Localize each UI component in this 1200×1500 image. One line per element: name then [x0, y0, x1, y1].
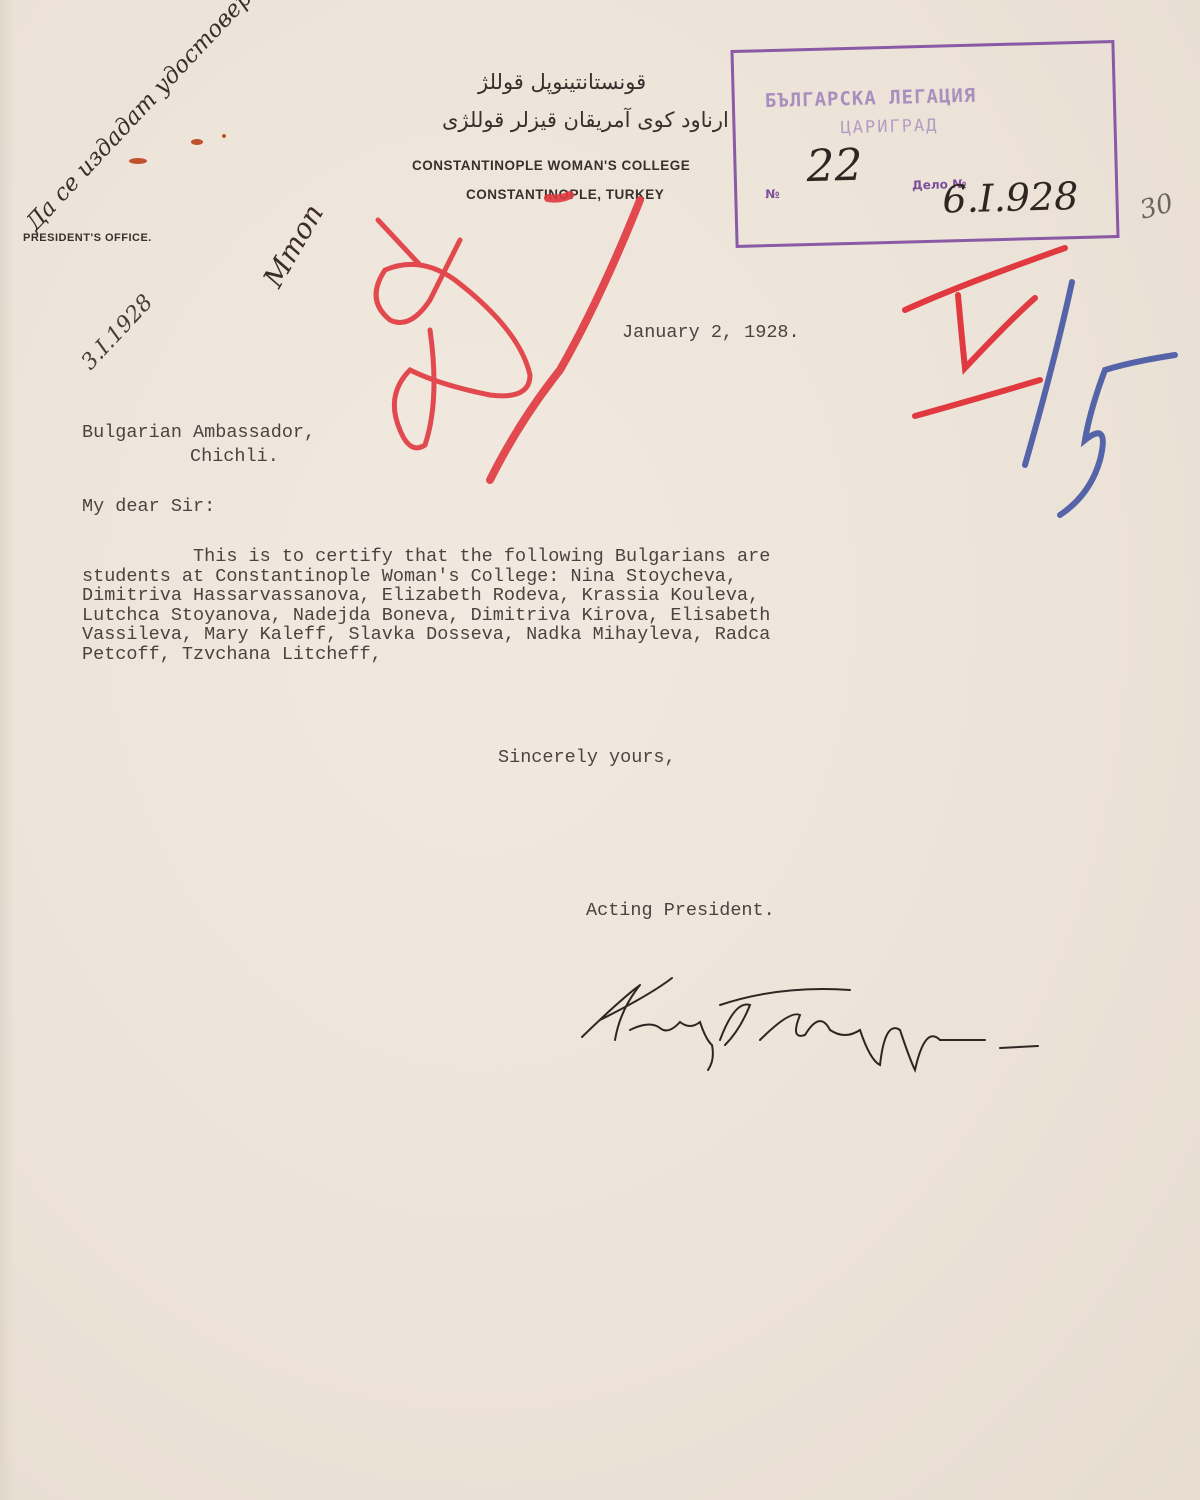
closing: Sincerely yours, [498, 748, 676, 768]
recipient-line1: Bulgarian Ambassador, [82, 423, 315, 443]
red-number-27-mark [376, 195, 640, 480]
body-line: Lutchca Stoyanova, Nadejda Boneva, Dimit… [82, 606, 770, 626]
red-roman-numeral-v [905, 248, 1065, 416]
body-line: students at Constantinople Woman's Colle… [82, 567, 770, 587]
letter-date: January 2, 1928. [622, 323, 800, 343]
salutation: My dear Sir: [82, 497, 215, 517]
body-line: Dimitriva Hassarvassanova, Elizabeth Rod… [82, 586, 770, 606]
recipient-line2: Chichli. [190, 447, 279, 467]
red-ink-spots [129, 134, 226, 164]
blue-number-15-mark [1025, 282, 1175, 515]
signature: Henry P. Schauffler [590, 1095, 600, 1096]
signer-title: Acting President. [586, 901, 775, 921]
body-line: Petcoff, Tzvchana Litcheff, [82, 645, 770, 665]
signature-scribble [582, 978, 1038, 1070]
letter-body: This is to certify that the following Bu… [82, 547, 770, 664]
body-line: This is to certify that the following Bu… [82, 547, 770, 567]
body-line: Vassileva, Mary Kaleff, Slavka Dosseva, … [82, 625, 770, 645]
